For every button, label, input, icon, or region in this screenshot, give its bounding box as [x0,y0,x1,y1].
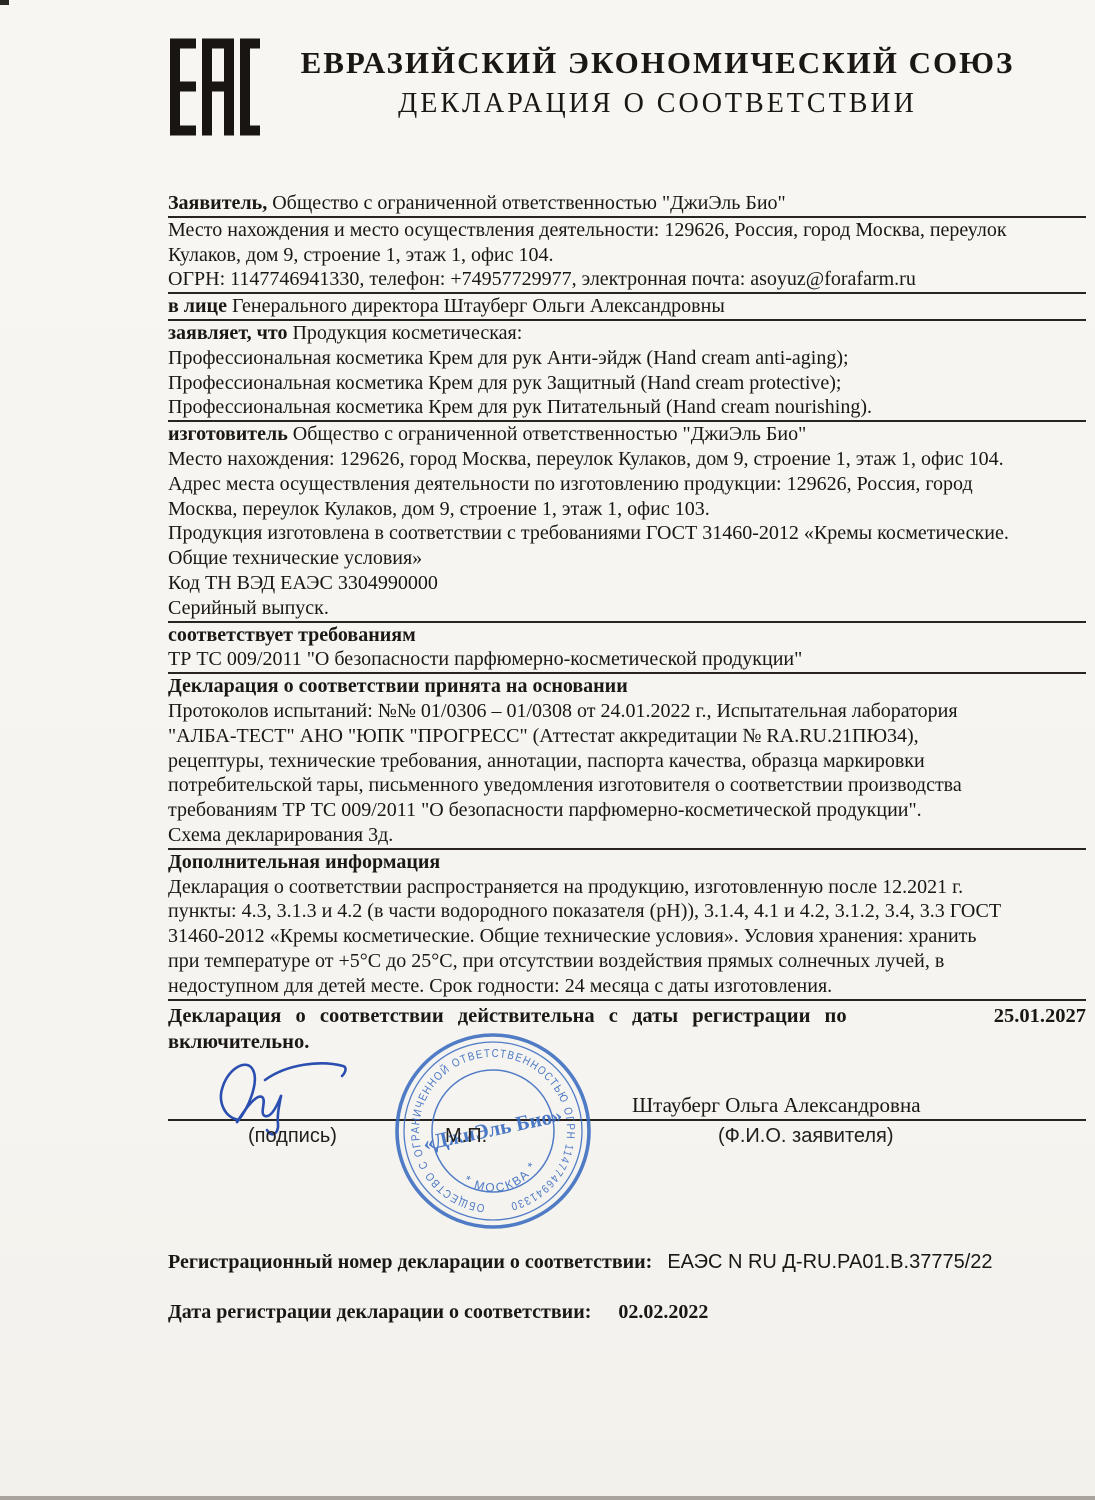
text-line: ТР ТС 009/2011 "О безопасности парфюмерн… [168,647,1086,672]
line-text: Место нахождения и место осуществления д… [168,219,1007,241]
line-text: потребительской тары, письменного уведом… [168,774,962,796]
text-line: при температуре от +5°С до 25°С, при отс… [168,949,1086,974]
line-text: Общие технические условия» [168,547,422,569]
line-text: "АЛБА-ТЕСТ" АНО "ЮПК "ПРОГРЕСС" (Аттеста… [168,725,919,747]
line-text: Протоколов испытаний: №№ 01/0306 – 01/03… [168,700,958,722]
line-text: Схема декларирования 3д. [168,824,393,846]
line-bold-label: изготовитель [168,423,288,445]
section-complies-with: соответствует требованиямТР ТС 009/2011 … [168,623,1086,675]
section-applicant: Заявитель, Общество с ограниченной ответ… [168,191,1086,218]
reg-date-value: 02.02.2022 [618,1301,708,1323]
line-text: Код ТН ВЭД ЕАЭС 3304990000 [168,572,438,594]
line-text: Декларация о соответствии распространяет… [168,876,963,898]
text-line: Профессиональная косметика Крем для рук … [168,346,1086,371]
text-line: Декларация о соответствии принята на осн… [168,674,1086,699]
line-text: Профессиональная косметика Крем для рук … [168,347,849,369]
line-bold-label: Заявитель, [168,192,267,214]
section-manufacturer: изготовитель Общество с ограниченной отв… [168,422,1086,622]
line-text: требованиям ТР ТС 009/2011 "О безопаснос… [168,799,922,821]
text-line: Дополнительная информация [168,850,1086,875]
union-title: ЕВРАЗИЙСКИЙ ЭКОНОМИЧЕСКИЙ СОЮЗ [255,46,1060,80]
scan-artifact [0,0,9,5]
stamp-center-text: «ДжиЭль Био» [421,1103,564,1156]
line-text: Продукция косметическая: [287,322,522,344]
line-text: при температуре от +5°С до 25°С, при отс… [168,950,944,972]
line-bold-label: в лице [168,295,227,317]
text-line: изготовитель Общество с ограниченной отв… [168,422,1086,447]
validity-statement: Декларация о соответствии действительна … [168,1003,1086,1055]
text-line: недоступном для детей месте. Срок годнос… [168,974,1086,999]
valid-until-date: 25.01.2027 [994,1003,1086,1029]
line-text: Генерального директора Штауберг Ольги Ал… [227,295,725,317]
reg-number-label: Регистрационный номер декларации о соотв… [168,1251,652,1273]
document-title: ДЕКЛАРАЦИЯ О СООТВЕТСТВИИ [255,88,1060,120]
text-line: заявляет, что Продукция косметическая: [168,321,1086,346]
stamp-moscow-text: * МОСКВА * [462,1158,540,1194]
text-line: Серийный выпуск. [168,596,1086,621]
text-line: Адрес места осуществления деятельности п… [168,472,1086,497]
text-line: Код ТН ВЭД ЕАЭС 3304990000 [168,571,1086,596]
text-line: рецептуры, технические требования, аннот… [168,749,1086,774]
text-line: Схема декларирования 3д. [168,823,1086,848]
section-declares-that: заявляет, что Продукция косметическая:Пр… [168,321,1086,422]
line-text: Продукция изготовлена в соответствии с т… [168,522,1009,544]
text-line: Продукция изготовлена в соответствии с т… [168,521,1086,546]
document-header: ЕВРАЗИЙСКИЙ ЭКОНОМИЧЕСКИЙ СОЮЗ ДЕКЛАРАЦИ… [255,46,1060,120]
text-line: требованиям ТР ТС 009/2011 "О безопаснос… [168,798,1086,823]
line-text: Место нахождения: 129626, город Москва, … [168,448,1004,470]
line-text: недоступном для детей месте. Срок годнос… [168,975,832,997]
text-line: 31460-2012 «Кремы косметические. Общие т… [168,924,1086,949]
text-line: Протоколов испытаний: №№ 01/0306 – 01/03… [168,699,1086,724]
line-bold-label: заявляет, что [168,322,287,344]
text-line: Декларация о соответствии распространяет… [168,875,1086,900]
text-line: в лице Генерального директора Штауберг О… [168,294,1086,319]
registration-number-row: Регистрационный номер декларации о соотв… [168,1251,993,1274]
line-text: пункты: 4.3, 3.1.3 и 4.2 (в части водоро… [168,900,1001,922]
line-text: Серийный выпуск. [168,597,329,619]
section-additional-info: Дополнительная информацияДекларация о со… [168,850,1086,1001]
line-text: 31460-2012 «Кремы косметические. Общие т… [168,925,977,947]
validity-sentence: Декларация о соответствии действительна … [168,1003,847,1029]
line-bold-label: Декларация о соответствии принята на осн… [168,675,628,697]
scan-edge-shadow [0,1496,1095,1500]
line-bold-label: соответствует требованиям [168,624,416,646]
text-line: "АЛБА-ТЕСТ" АНО "ЮПК "ПРОГРЕСС" (Аттеста… [168,724,1086,749]
line-text: Общество с ограниченной ответственностью… [267,192,786,214]
line-text: ОГРН: 1147746941330, телефон: +749577299… [168,268,916,290]
text-line: Профессиональная косметика Крем для рук … [168,395,1086,420]
section-applicant-address: Место нахождения и место осуществления д… [168,218,1086,294]
stamp-place-label: М.П. [445,1125,487,1148]
text-line: Общие технические условия» [168,546,1086,571]
line-text: Профессиональная косметика Крем для рук … [168,372,842,394]
reg-date-label: Дата регистрации декларации о соответств… [168,1301,591,1323]
line-text: рецептуры, технические требования, аннот… [168,750,925,772]
text-line: Место нахождения: 129626, город Москва, … [168,447,1086,472]
svg-text:* МОСКВА *: * МОСКВА * [462,1158,540,1194]
line-text: Профессиональная косметика Крем для рук … [168,396,872,418]
line-text: Общество с ограниченной ответственностью… [288,423,807,445]
declaration-document: ЕВРАЗИЙСКИЙ ЭКОНОМИЧЕСКИЙ СОЮЗ ДЕКЛАРАЦИ… [0,0,1095,1500]
company-stamp: ОБЩЕСТВО С ОГРАНИЧЕННОЙ ОТВЕТСТВЕННОСТЬЮ… [392,1030,594,1232]
document-body: Заявитель, Общество с ограниченной ответ… [168,191,1086,1001]
applicant-fio: Штауберг Ольга Александровна [632,1093,921,1118]
signature-caption: (подпись) [248,1125,337,1148]
line-text: ТР ТС 009/2011 "О безопасности парфюмерн… [168,648,802,670]
line-text: Адрес места осуществления деятельности п… [168,473,973,495]
text-line: Москва, переулок Кулаков, дом 9, строени… [168,497,1086,522]
text-line: Место нахождения и место осуществления д… [168,218,1086,243]
text-line: Профессиональная косметика Крем для рук … [168,371,1086,396]
eac-logo-icon [170,38,260,136]
section-represented-by: в лице Генерального директора Штауберг О… [168,294,1086,321]
registration-date-row: Дата регистрации декларации о соответств… [168,1301,708,1324]
fio-caption: (Ф.И.О. заявителя) [718,1125,894,1148]
text-line: соответствует требованиям [168,623,1086,648]
reg-number-value: ЕАЭС N RU Д-RU.РА01.В.37775/22 [667,1251,992,1273]
text-line: Заявитель, Общество с ограниченной ответ… [168,191,1086,216]
line-text: Кулаков, дом 9, строение 1, этаж 1, офис… [168,244,553,266]
text-line: пункты: 4.3, 3.1.3 и 4.2 (в части водоро… [168,899,1086,924]
text-line: потребительской тары, письменного уведом… [168,773,1086,798]
text-line: Кулаков, дом 9, строение 1, этаж 1, офис… [168,243,1086,268]
text-line: ОГРН: 1147746941330, телефон: +749577299… [168,267,1086,292]
section-declaration-basis: Декларация о соответствии принята на осн… [168,674,1086,850]
line-bold-label: Дополнительная информация [168,851,440,873]
line-text: Москва, переулок Кулаков, дом 9, строени… [168,498,710,520]
